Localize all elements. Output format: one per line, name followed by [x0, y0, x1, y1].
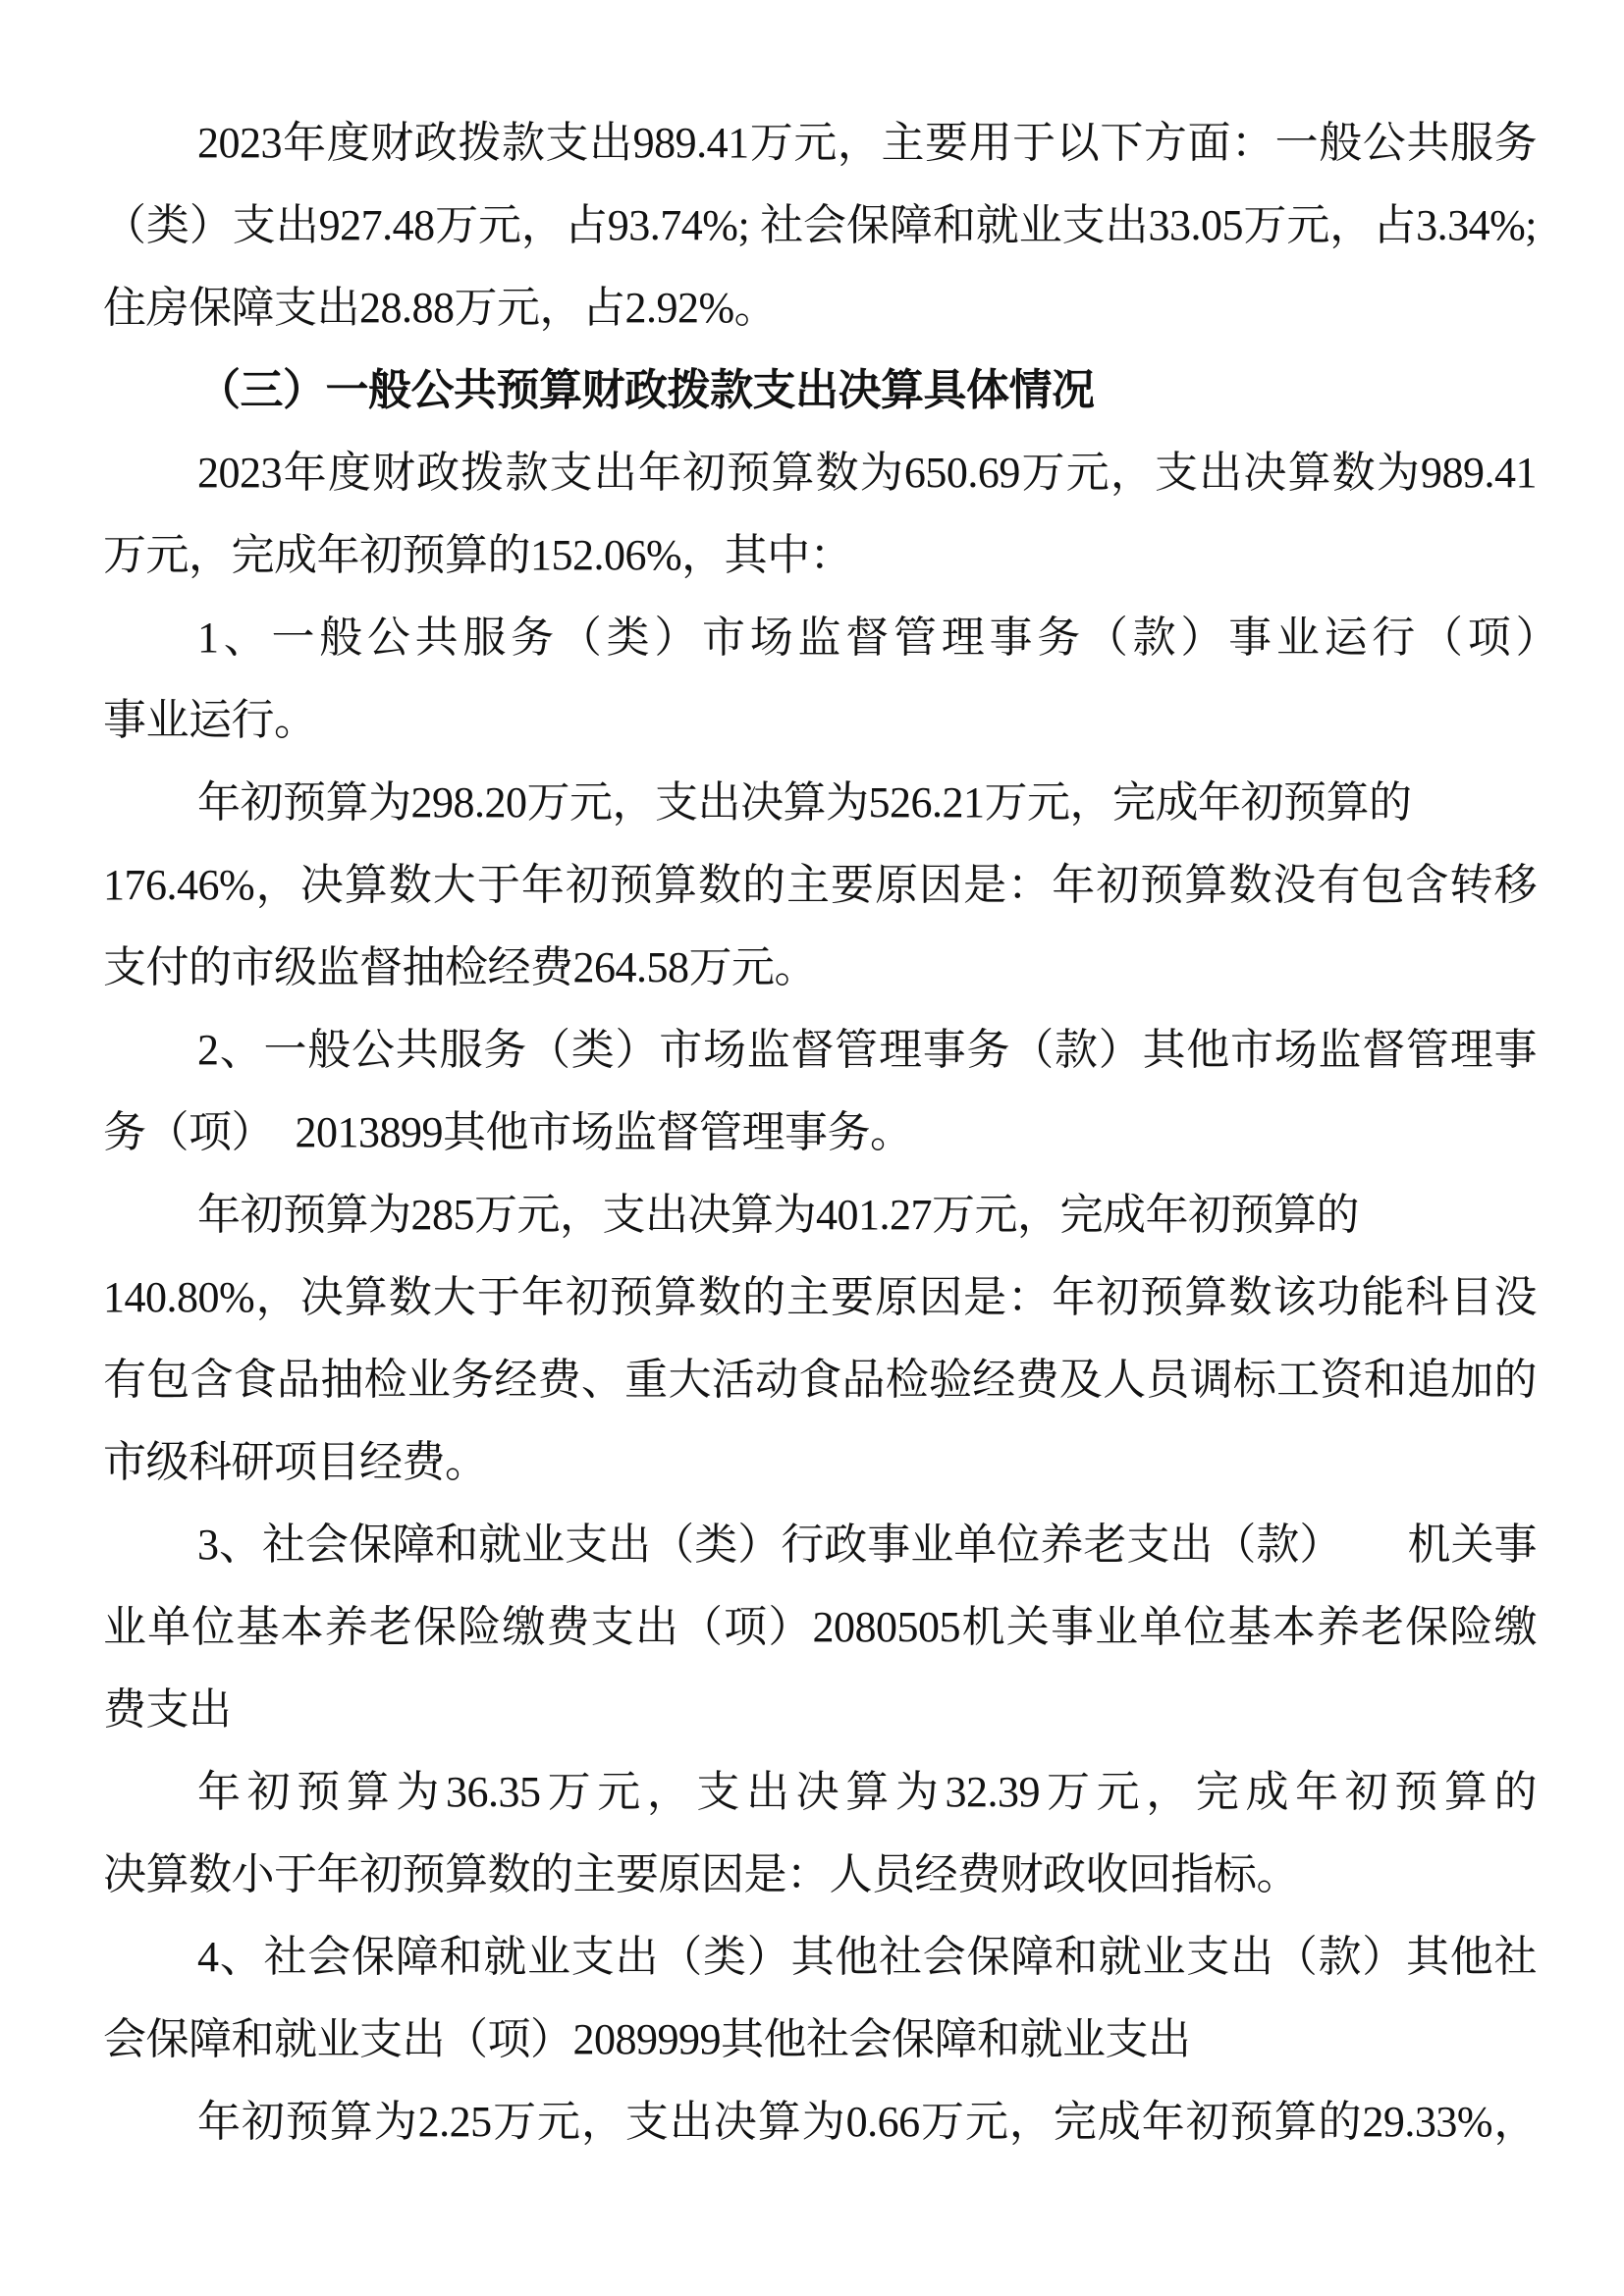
text-line: 2023年度财政拨款支出989.41万元，主要用于以下方面：一般公共服务 — [103, 102, 1537, 185]
section-heading: （三）一般公共预算财政拨款支出决算具体情况 — [103, 349, 1537, 432]
text-line: 2、一般公共服务（类）市场监督管理事务（款）其他市场监督管理事 — [103, 1009, 1537, 1092]
text-line: 务（项） 2013899其他市场监督管理事务。 — [103, 1092, 1537, 1174]
text-line: 决算数小于年初预算数的主要原因是：人员经费财政收回指标。 — [103, 1834, 1537, 1916]
text-line: 年初预算为298.20万元，支出决算为526.21万元，完成年初预算的 — [103, 762, 1537, 844]
text-line: 万元，完成年初预算的152.06%，其中： — [103, 514, 1537, 597]
text-line: 3、社会保障和就业支出（类）行政事业单位养老支出（款） 机关事 — [103, 1504, 1537, 1586]
text-line: 4、社会保障和就业支出（类）其他社会保障和就业支出（款）其他社 — [103, 1916, 1537, 1999]
text-line: 市级科研项目经费。 — [103, 1421, 1537, 1504]
text-line: 2023年度财政拨款支出年初预算数为650.69万元，支出决算数为989.41 — [103, 432, 1537, 514]
text-line: 1、一般公共服务（类）市场监督管理事务（款）事业运行（项） 2013850 — [103, 597, 1537, 679]
text-line: 176.46%，决算数大于年初预算数的主要原因是：年初预算数没有包含转移 — [103, 844, 1537, 927]
text-line: 业单位基本养老保险缴费支出（项）2080505机关事业单位基本养老保险缴 — [103, 1586, 1537, 1669]
text-line: 年初预算为36.35万元，支出决算为32.39万元，完成年初预算的89.11%， — [103, 1751, 1537, 1834]
text-line: （类）支出927.48万元，占93.74%; 社会保障和就业支出33.05万元，… — [103, 185, 1537, 267]
text-line: 住房保障支出28.88万元，占2.92%。 — [103, 267, 1537, 349]
text-line: 有包含食品抽检业务经费、重大活动食品检验经费及人员调标工资和追加的 — [103, 1339, 1537, 1421]
text-line: 支付的市级监督抽检经费264.58万元。 — [103, 927, 1537, 1009]
document-text: 2023年度财政拨款支出989.41万元，主要用于以下方面：一般公共服务（类）支… — [103, 102, 1537, 2163]
document-page: 2023年度财政拨款支出989.41万元，主要用于以下方面：一般公共服务（类）支… — [0, 0, 1624, 2296]
text-line: 事业运行。 — [103, 679, 1537, 762]
text-line: 年初预算为2.25万元，支出决算为0.66万元，完成年初预算的29.33%， — [103, 2081, 1537, 2163]
text-line: 年初预算为285万元，支出决算为401.27万元，完成年初预算的 — [103, 1174, 1537, 1256]
text-line: 会保障和就业支出（项）2089999其他社会保障和就业支出 — [103, 1999, 1537, 2081]
text-line: 费支出 — [103, 1669, 1537, 1751]
text-line: 140.80%，决算数大于年初预算数的主要原因是：年初预算数该功能科目没 — [103, 1256, 1537, 1339]
